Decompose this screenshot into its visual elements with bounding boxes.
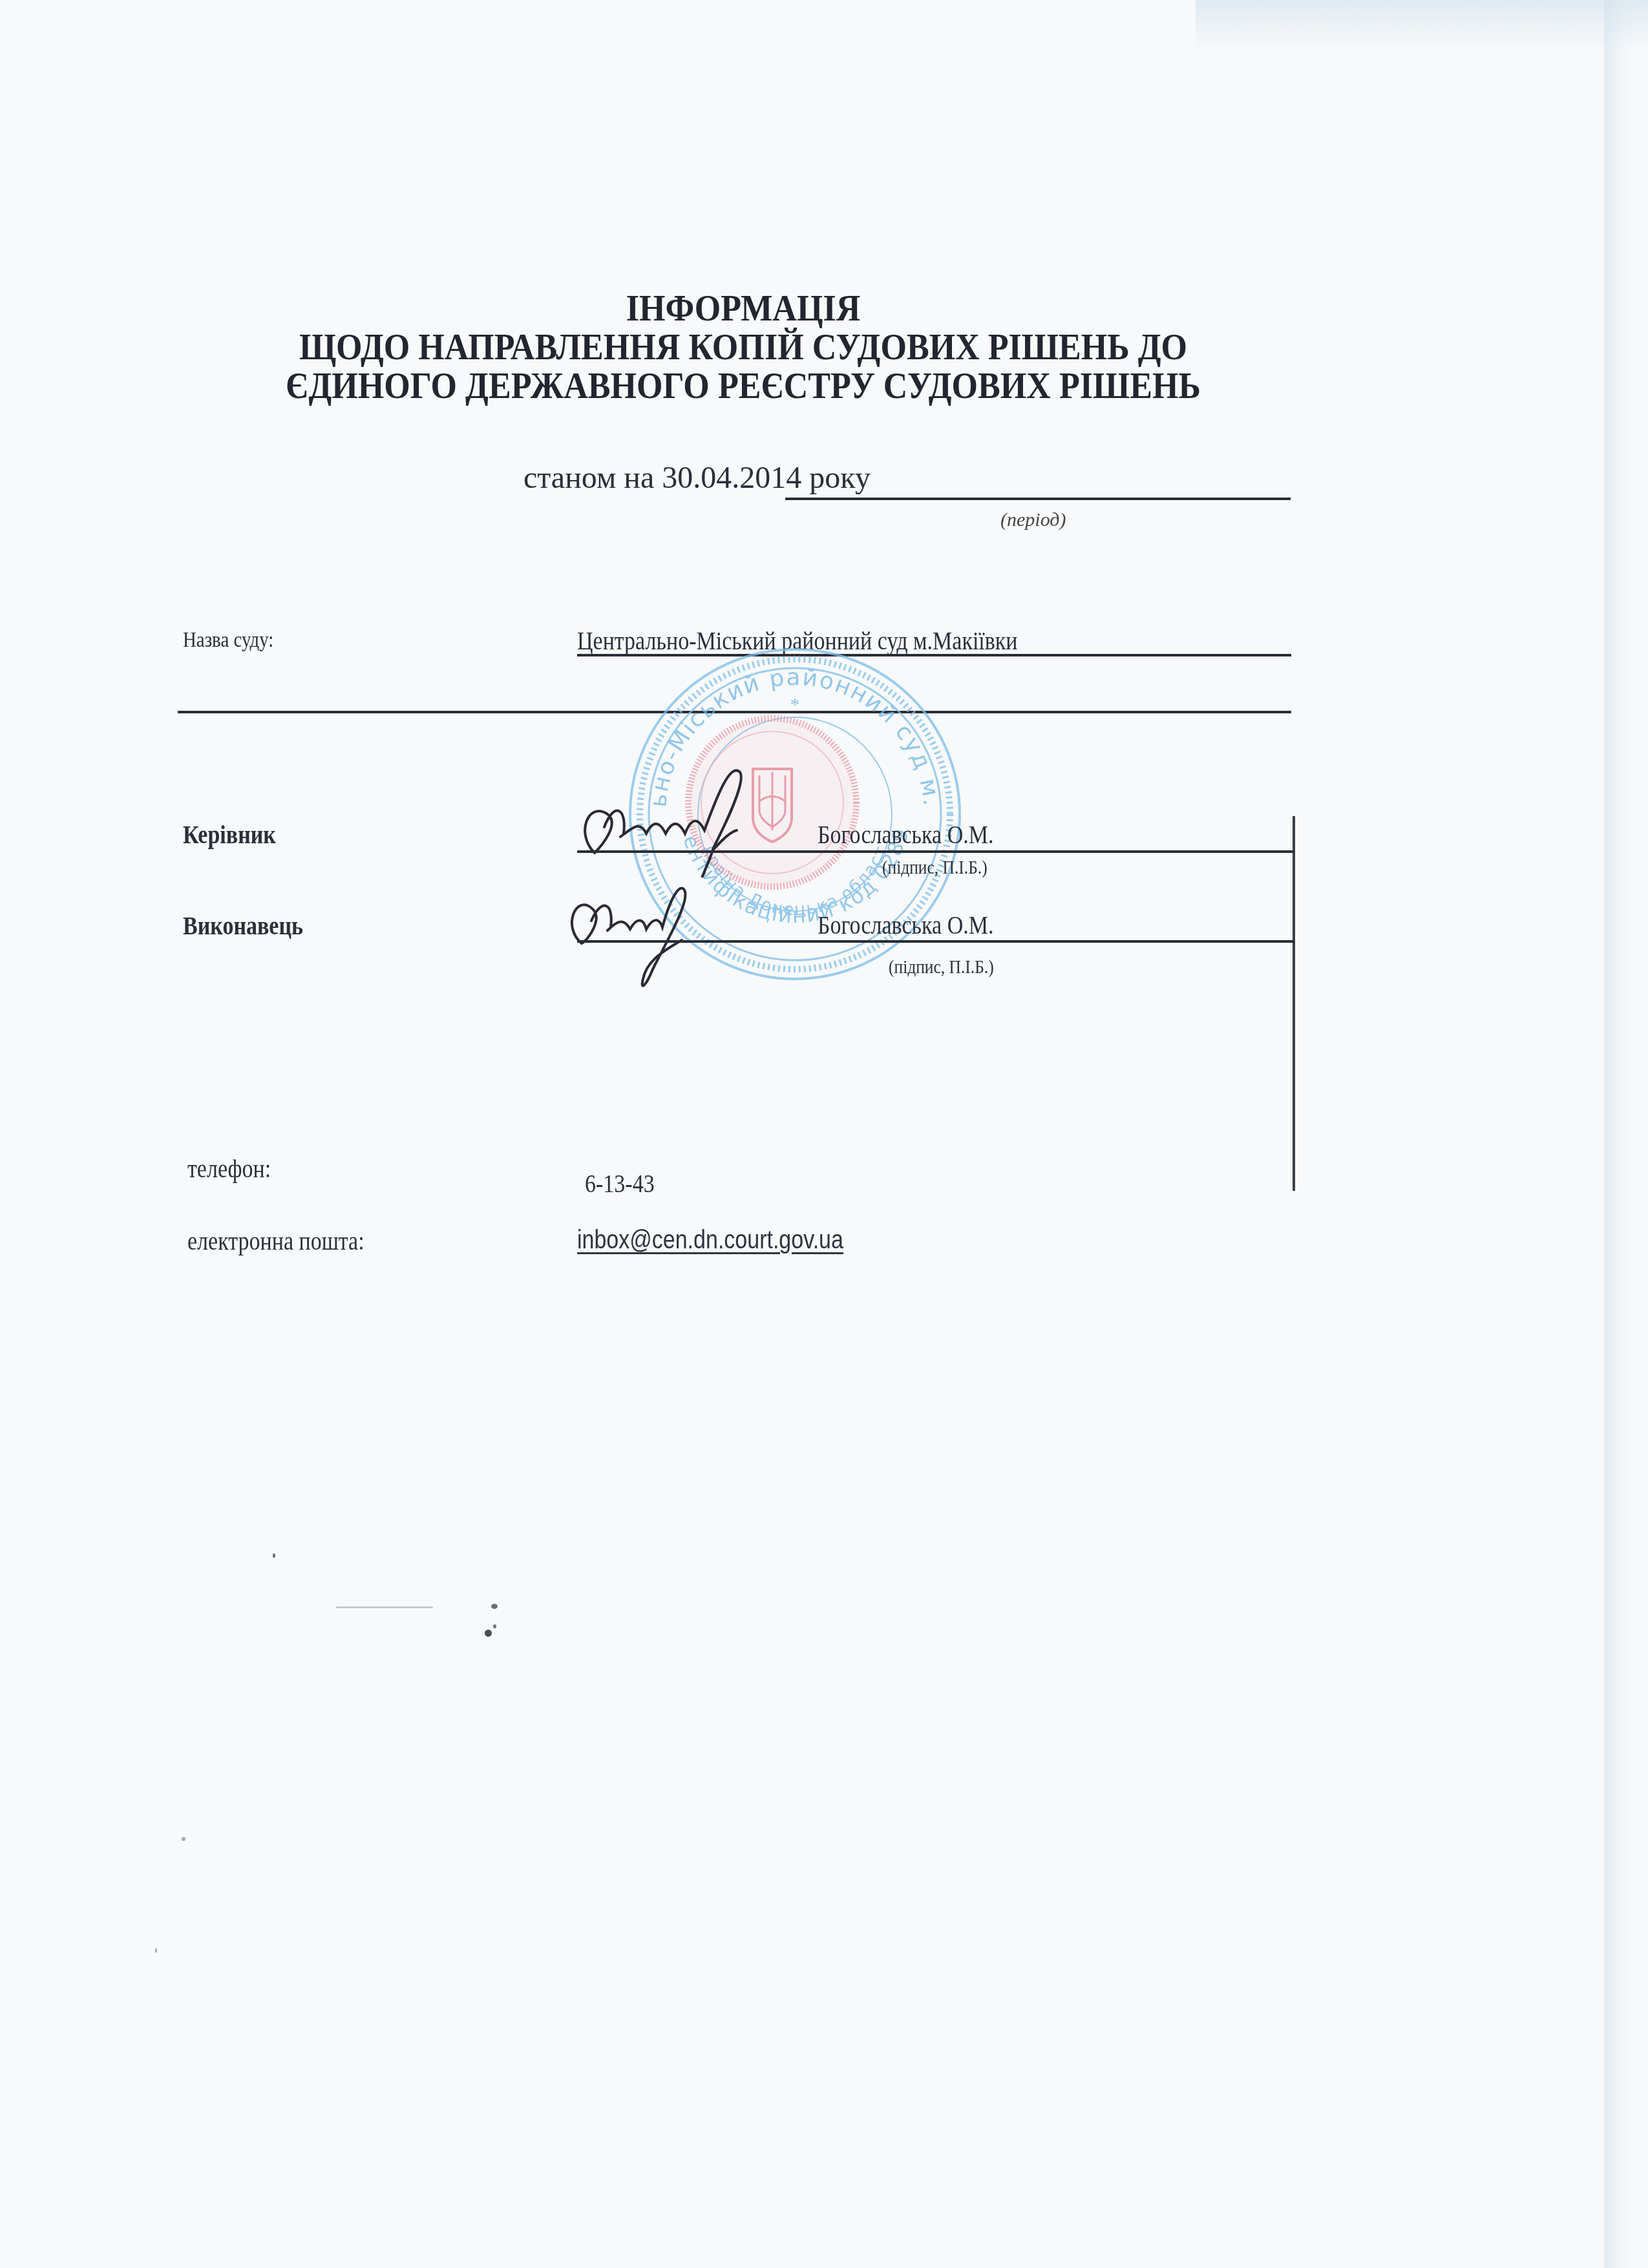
period-text: станом на 30.04.2014 року (523, 460, 871, 496)
signature-caption-executor: (підпис, П.І.Б.) (889, 956, 994, 978)
scan-top-tint (1196, 0, 1648, 52)
scan-speck (336, 1606, 433, 1608)
scan-edge-shadow (1604, 0, 1635, 2268)
signature-line-executor (577, 940, 1294, 943)
svg-text:*: * (790, 694, 800, 715)
court-label: Назва суду: (183, 628, 273, 653)
phone-label: телефон: (187, 1153, 271, 1184)
scan-speck (273, 1553, 275, 1558)
role-label-executor: Виконавець (183, 910, 303, 941)
period-underline (785, 498, 1291, 500)
title-line-3: ЄДИНОГО ДЕРЖАВНОГО РЕЄСТРУ СУДОВИХ РІШЕН… (52, 367, 1435, 406)
role-label-head: Керівник (183, 819, 276, 850)
signature-line-head (577, 850, 1294, 853)
scan-speck (485, 1630, 492, 1637)
signature-executor (556, 866, 711, 995)
signatory-name-executor: Богославська О.М. (818, 910, 993, 940)
scan-speck (493, 1624, 496, 1628)
signatory-name-head: Богославська О.М. (818, 819, 993, 850)
signature-head (569, 756, 788, 879)
email-link[interactable]: inbox@cen.dn.court.gov.ua (577, 1226, 843, 1255)
scan-speck (155, 1948, 157, 1953)
email-label: електронна пошта: (187, 1226, 364, 1256)
phone-value: 6-13-43 (585, 1168, 655, 1199)
title-line-2: ЩОДО НАПРАВЛЕННЯ КОПІЙ СУДОВИХ РІШЕНЬ ДО (52, 328, 1435, 367)
signature-caption-head: (підпис, П.І.Б.) (882, 857, 988, 879)
right-border-line (1293, 816, 1295, 1191)
period-caption: (період) (1000, 509, 1066, 531)
scan-speck (491, 1604, 498, 1609)
scan-speck (182, 1837, 185, 1841)
title-line-1: ІНФОРМАЦІЯ (52, 289, 1435, 328)
